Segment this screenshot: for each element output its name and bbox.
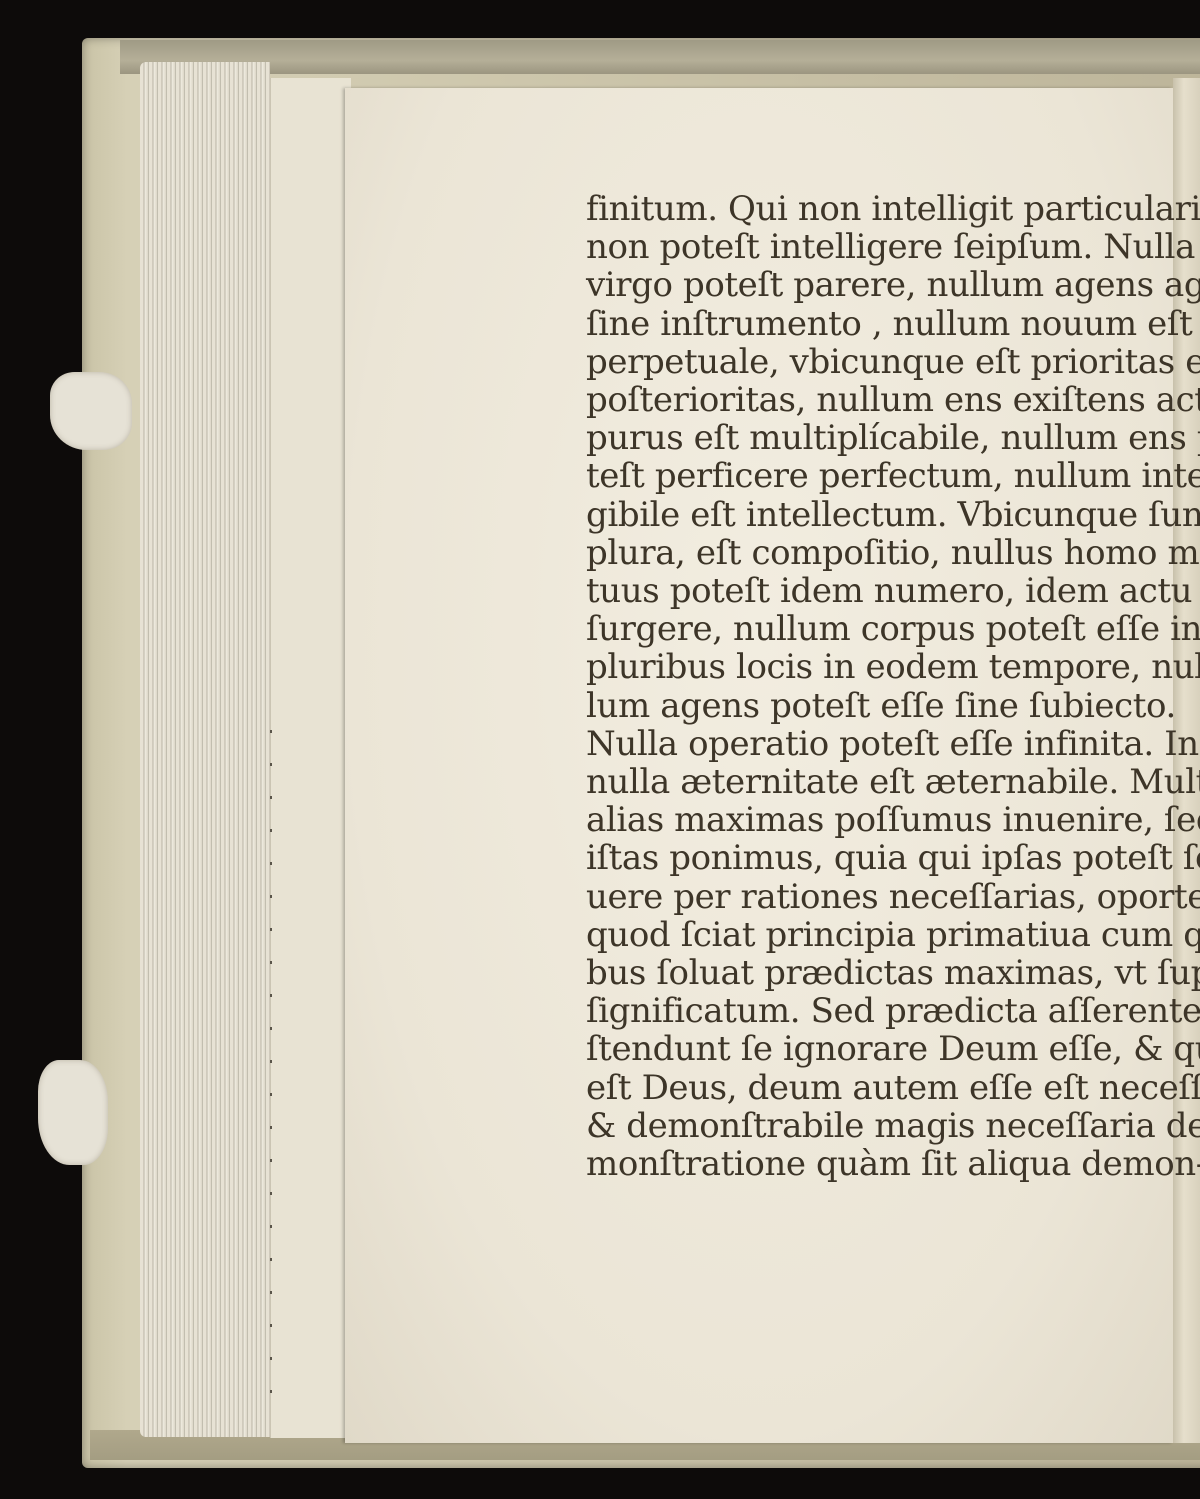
text-line: uere per rationes neceſſarias, oportet <box>586 878 1182 916</box>
left-flyleaf <box>270 78 351 1438</box>
text-line: teſt perficere perfectum, nullum intelli… <box>586 457 1182 495</box>
text-line: ſtendunt ſe ignorare Deum eſſe, & quum <box>586 1030 1182 1068</box>
page-text-block: finitum. Qui non intelligit particularia… <box>586 190 1182 1183</box>
text-line: finitum. Qui non intelligit particularia <box>586 190 1182 228</box>
text-line: eſt Deus, deum autem eſſe eſt neceſſariú… <box>586 1069 1182 1107</box>
text-line: pluribus locis in eodem tempore, nul- <box>586 648 1182 686</box>
text-line: quod ſciat principia primatiua cum qui- <box>586 916 1182 954</box>
text-line: tuus poteſt idem numero, idem actu re- <box>586 572 1182 610</box>
text-line: alias maximas poſſumus inuenire, ſed <box>586 801 1182 839</box>
text-line: gibile eſt intellectum. Vbicunque ſunt <box>586 496 1182 534</box>
text-line: virgo poteſt parere, nullum agens agit <box>586 266 1182 304</box>
text-line: purus eſt multiplícabile, nullum ens po- <box>586 419 1182 457</box>
stitch-marks <box>270 700 272 1400</box>
text-line: bus ſoluat prædictas maximas, vt ſupra <box>586 954 1182 992</box>
text-line: ſurgere, nullum corpus poteſt eſſe in <box>586 610 1182 648</box>
text-line: plura, eſt compoſitio, nullus homo mor- <box>586 534 1182 572</box>
cover-top-edge <box>120 40 1200 74</box>
text-line: ſine inſtrumento , nullum nouum eſt <box>586 305 1182 343</box>
text-line: ſignificatum. Sed prædicta aſſerentes o- <box>586 992 1182 1030</box>
text-line: non poteſt intelligere ſeipſum. Nulla <box>586 228 1182 266</box>
text-line: & demonſtrabile magis neceſſaria de- <box>586 1107 1182 1145</box>
text-line: nulla æternitate eſt æternabile. Multas <box>586 763 1182 801</box>
page-stack-fore-edge <box>140 62 270 1437</box>
fore-edge-tab-upper <box>50 372 132 450</box>
text-line: iſtas ponimus, quia qui ipſas poteſt ſol… <box>586 839 1182 877</box>
text-line: poſterioritas, nullum ens exiſtens actus <box>586 381 1182 419</box>
text-line: Nulla operatio poteſt eſſe infinita. In <box>586 725 1182 763</box>
text-line: lum agens poteſt eſſe ſine ſubiecto. <box>586 687 1182 725</box>
text-line: perpetuale, vbicunque eſt prioritas eſt <box>586 343 1182 381</box>
fore-edge-tab-lower <box>38 1060 108 1165</box>
text-line: monſtratione quàm ſit aliqua demon- <box>586 1145 1182 1183</box>
